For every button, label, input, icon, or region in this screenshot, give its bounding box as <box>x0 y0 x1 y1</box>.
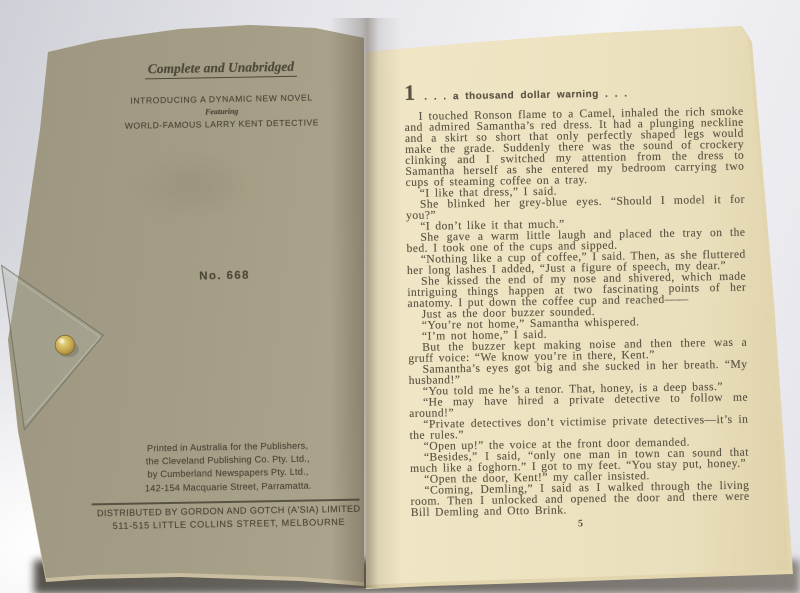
glass-triangle <box>2 265 104 429</box>
body-text: I touched Ronson flame to a Camel, inhal… <box>404 106 749 518</box>
tagline: Complete and Unabridged <box>71 57 371 78</box>
photo-of-open-book: Complete and Unabridged INTRODUCING A DY… <box>0 0 800 593</box>
chapter-title: . . . a thousand dollar warning . . . <box>424 88 627 102</box>
right-page-content: 1 . . . a thousand dollar warning . . . … <box>404 77 750 532</box>
body-paragraph: I touched Ronson flame to a Camel, inhal… <box>404 106 744 188</box>
body-paragraph: She kissed the end of my nose and shiver… <box>407 271 746 309</box>
chapter-number: 1 <box>404 82 415 104</box>
pin-highlight <box>59 338 64 343</box>
show-through-smudge <box>127 147 258 224</box>
tagline-text: Complete and Unabridged <box>145 59 298 80</box>
distributor-line: 511-515 LITTLE COLLINS STREET, MELBOURNE <box>79 516 379 531</box>
hero-line: WORLD-FAMOUS LARRY KENT DETECTIVE <box>72 116 372 131</box>
glass-triangle-paperweight <box>0 232 130 467</box>
body-paragraph: “Coming, Demling,” I said as I walked th… <box>410 480 749 518</box>
brass-pin <box>55 335 75 355</box>
chapter-heading: 1 . . . a thousand dollar warning . . . <box>404 77 743 104</box>
